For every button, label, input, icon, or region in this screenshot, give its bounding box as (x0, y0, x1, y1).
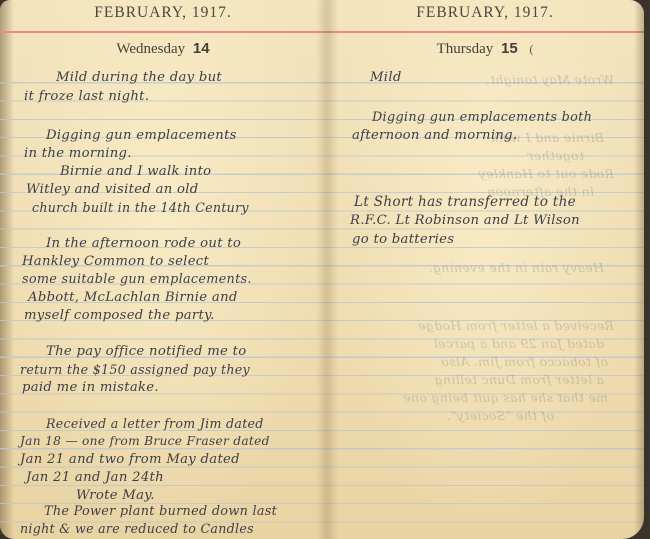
entry-line: Birnie and I walk into (60, 164, 211, 179)
entry-line: in the morning. (24, 146, 132, 161)
entry-line: Wrote May. (76, 488, 155, 503)
bleed-line: of tobacco from Jim. Also (441, 354, 608, 369)
entry-line: Witley and visited an old (26, 182, 199, 197)
bleed-line: a letter from Dunc telling (434, 372, 604, 387)
bleed-line: Received a letter from Hodge (418, 318, 614, 333)
bleed-line: Rode out to Hankley (478, 166, 614, 181)
month-header: FEBRUARY, 1917. (0, 4, 326, 22)
entry-line: Lt Short has transferred to the (354, 194, 576, 210)
day-number: 14 (193, 40, 210, 57)
right-page: FEBRUARY, 1917. Thursday 15 ( Wrote May … (326, 0, 644, 539)
day-number: 15 (501, 40, 518, 57)
entry-line: Received a letter from Jim dated (46, 416, 264, 431)
moon-phase-icon: ( (529, 42, 533, 56)
entry-line: some suitable gun emplacements. (22, 272, 252, 287)
entry-line: Mild during the day but (56, 70, 222, 85)
entry-line: Digging gun emplacements (46, 128, 237, 143)
entry-line: paid me in mistake. (22, 380, 159, 395)
entry-line: Jan 21 and Jan 24th (26, 470, 164, 485)
entry-line: Hankley Common to select (22, 254, 209, 269)
entry-line: return the $150 assigned pay they (20, 362, 250, 377)
entry-line: The pay office notified me to (46, 344, 246, 359)
entry-line: The Power plant burned down last (44, 504, 277, 519)
diary-spread: FEBRUARY, 1917. Wednesday 14 Mild during… (0, 0, 650, 539)
entry-line: go to batteries (352, 232, 454, 247)
bleed-line: Wrote May tonight. (485, 72, 614, 87)
entry-line: afternoon and morning. (352, 128, 517, 143)
entry-line: Jan 21 and two from May dated (20, 452, 240, 467)
entry-line: it froze last night. (24, 89, 149, 104)
entry-line: In the afternoon rode out to (46, 236, 241, 251)
month-header: FEBRUARY, 1917. (326, 4, 644, 22)
bleed-line: of the "Society". (446, 408, 554, 423)
bleed-line: me that she has quit being one (403, 390, 608, 405)
weekday-label: Thursday (437, 41, 494, 57)
bleed-line: Heavy rain in the evening. (429, 260, 605, 275)
entry-line: Abbott, McLachlan Birnie and (28, 290, 238, 305)
entry-line: Mild (370, 70, 402, 85)
entry-line: night & we are reduced to Candles (20, 521, 254, 536)
header-red-rule (0, 31, 326, 33)
entry-line: R.F.C. Lt Robinson and Lt Wilson (350, 213, 580, 228)
header-red-rule (326, 31, 644, 33)
bleed-line: dated Jan 29 and a parcel (434, 336, 604, 351)
entry-line: church built in the 14th Century (32, 200, 249, 215)
entry-line: myself composed the party. (24, 308, 215, 323)
weekday-label: Wednesday (116, 41, 185, 57)
entry-line: Digging gun emplacements both (372, 110, 592, 125)
entry-line: Jan 18 — one from Bruce Fraser dated (20, 434, 270, 448)
left-page: FEBRUARY, 1917. Wednesday 14 Mild during… (0, 0, 326, 539)
bleed-line: together (527, 148, 584, 163)
day-heading: Wednesday 14 (0, 40, 326, 58)
day-heading: Thursday 15 ( (326, 40, 644, 58)
